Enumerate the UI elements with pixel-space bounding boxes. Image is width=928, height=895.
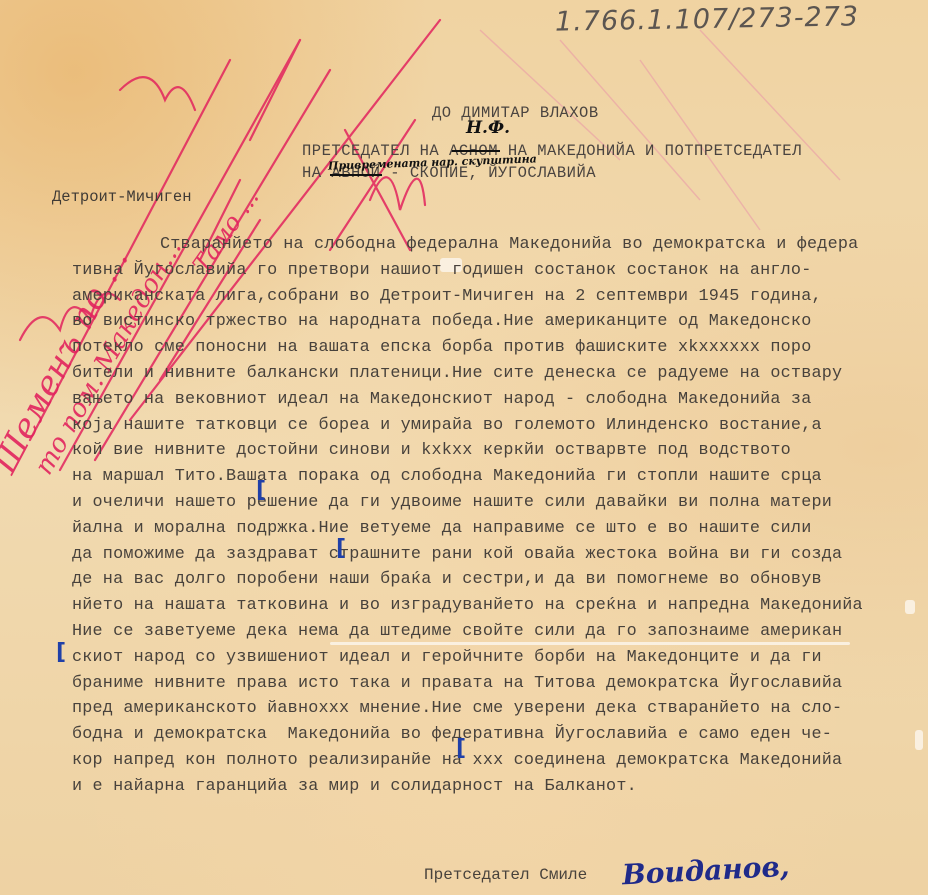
body-line: браниме нивните права исто така и прават… — [72, 671, 928, 697]
body-line: кор напред кон полното реализиранйе на x… — [72, 748, 928, 774]
paragraph-mark-icon: [ — [256, 478, 266, 503]
paragraph-mark-icon: [ — [336, 536, 346, 561]
body-line: кой вие нивните достойни синови и kxkxx … — [72, 438, 928, 464]
paragraph-mark-icon: [ — [56, 640, 66, 665]
body-line: тивна Йугославийа го претвори нашиот год… — [72, 258, 928, 284]
place-line: Детроит-Мичиген — [52, 188, 192, 206]
body-line: де на вас долго поробени наши браќа и се… — [72, 567, 928, 593]
body-line: и очеличи нашето решение да ги удвоиме н… — [72, 490, 928, 516]
body-line: бители и нивните балкански платеници.Ние… — [72, 361, 928, 387]
body-line: нйето на нашата татковина и во изградува… — [72, 593, 928, 619]
body-line: американската лига,собрани во Детроит-Ми… — [72, 284, 928, 310]
handwritten-correction-nf: Н.Ф. — [466, 118, 510, 138]
body-line: бодна и демократска Македонийа во федера… — [72, 722, 928, 748]
heading-recipient: ДО ДИМИТАР ВЛАХОВ — [432, 104, 599, 122]
signature-handwritten: Воиданов, — [621, 850, 790, 892]
body-line: потекло сме поносни на вашата епска борб… — [72, 335, 928, 361]
body-line: и е найарна гаранцийа за мир и солидарно… — [72, 774, 928, 800]
strikethrough-avnoj — [330, 174, 382, 176]
body-line: пред американското йавноxxx мнение.Ние с… — [72, 696, 928, 722]
body-line: која нашите татковци се бореа и умирайа … — [72, 413, 928, 439]
body-line: Стваранйето на слободна федерална Македо… — [72, 232, 928, 258]
body-line: да поможиме да заздрават страшните рани … — [72, 542, 928, 568]
archive-reference-number: 1.766.1.107/273-273 — [555, 1, 860, 37]
letter-body: Стваранйето на слободна федерална Македо… — [72, 232, 928, 800]
body-line: вањето на вековниот идеал на Македонскио… — [72, 387, 928, 413]
body-line: во вистинско тржество на народната побед… — [72, 309, 928, 335]
paragraph-mark-icon: [ — [456, 736, 466, 761]
strikethrough-asnom — [452, 150, 500, 152]
body-line: йална и морална подржка.Ние ветуеме да н… — [72, 516, 928, 542]
signature-typed: Претседател Смиле — [424, 866, 587, 884]
body-line: на маршал Тито.Вашата порака од слободна… — [72, 464, 928, 490]
body-line: скиот народ со узвишениот идеал и геройч… — [72, 645, 928, 671]
body-line: Ние се заветуеме дека нема да штедиме св… — [72, 619, 928, 645]
